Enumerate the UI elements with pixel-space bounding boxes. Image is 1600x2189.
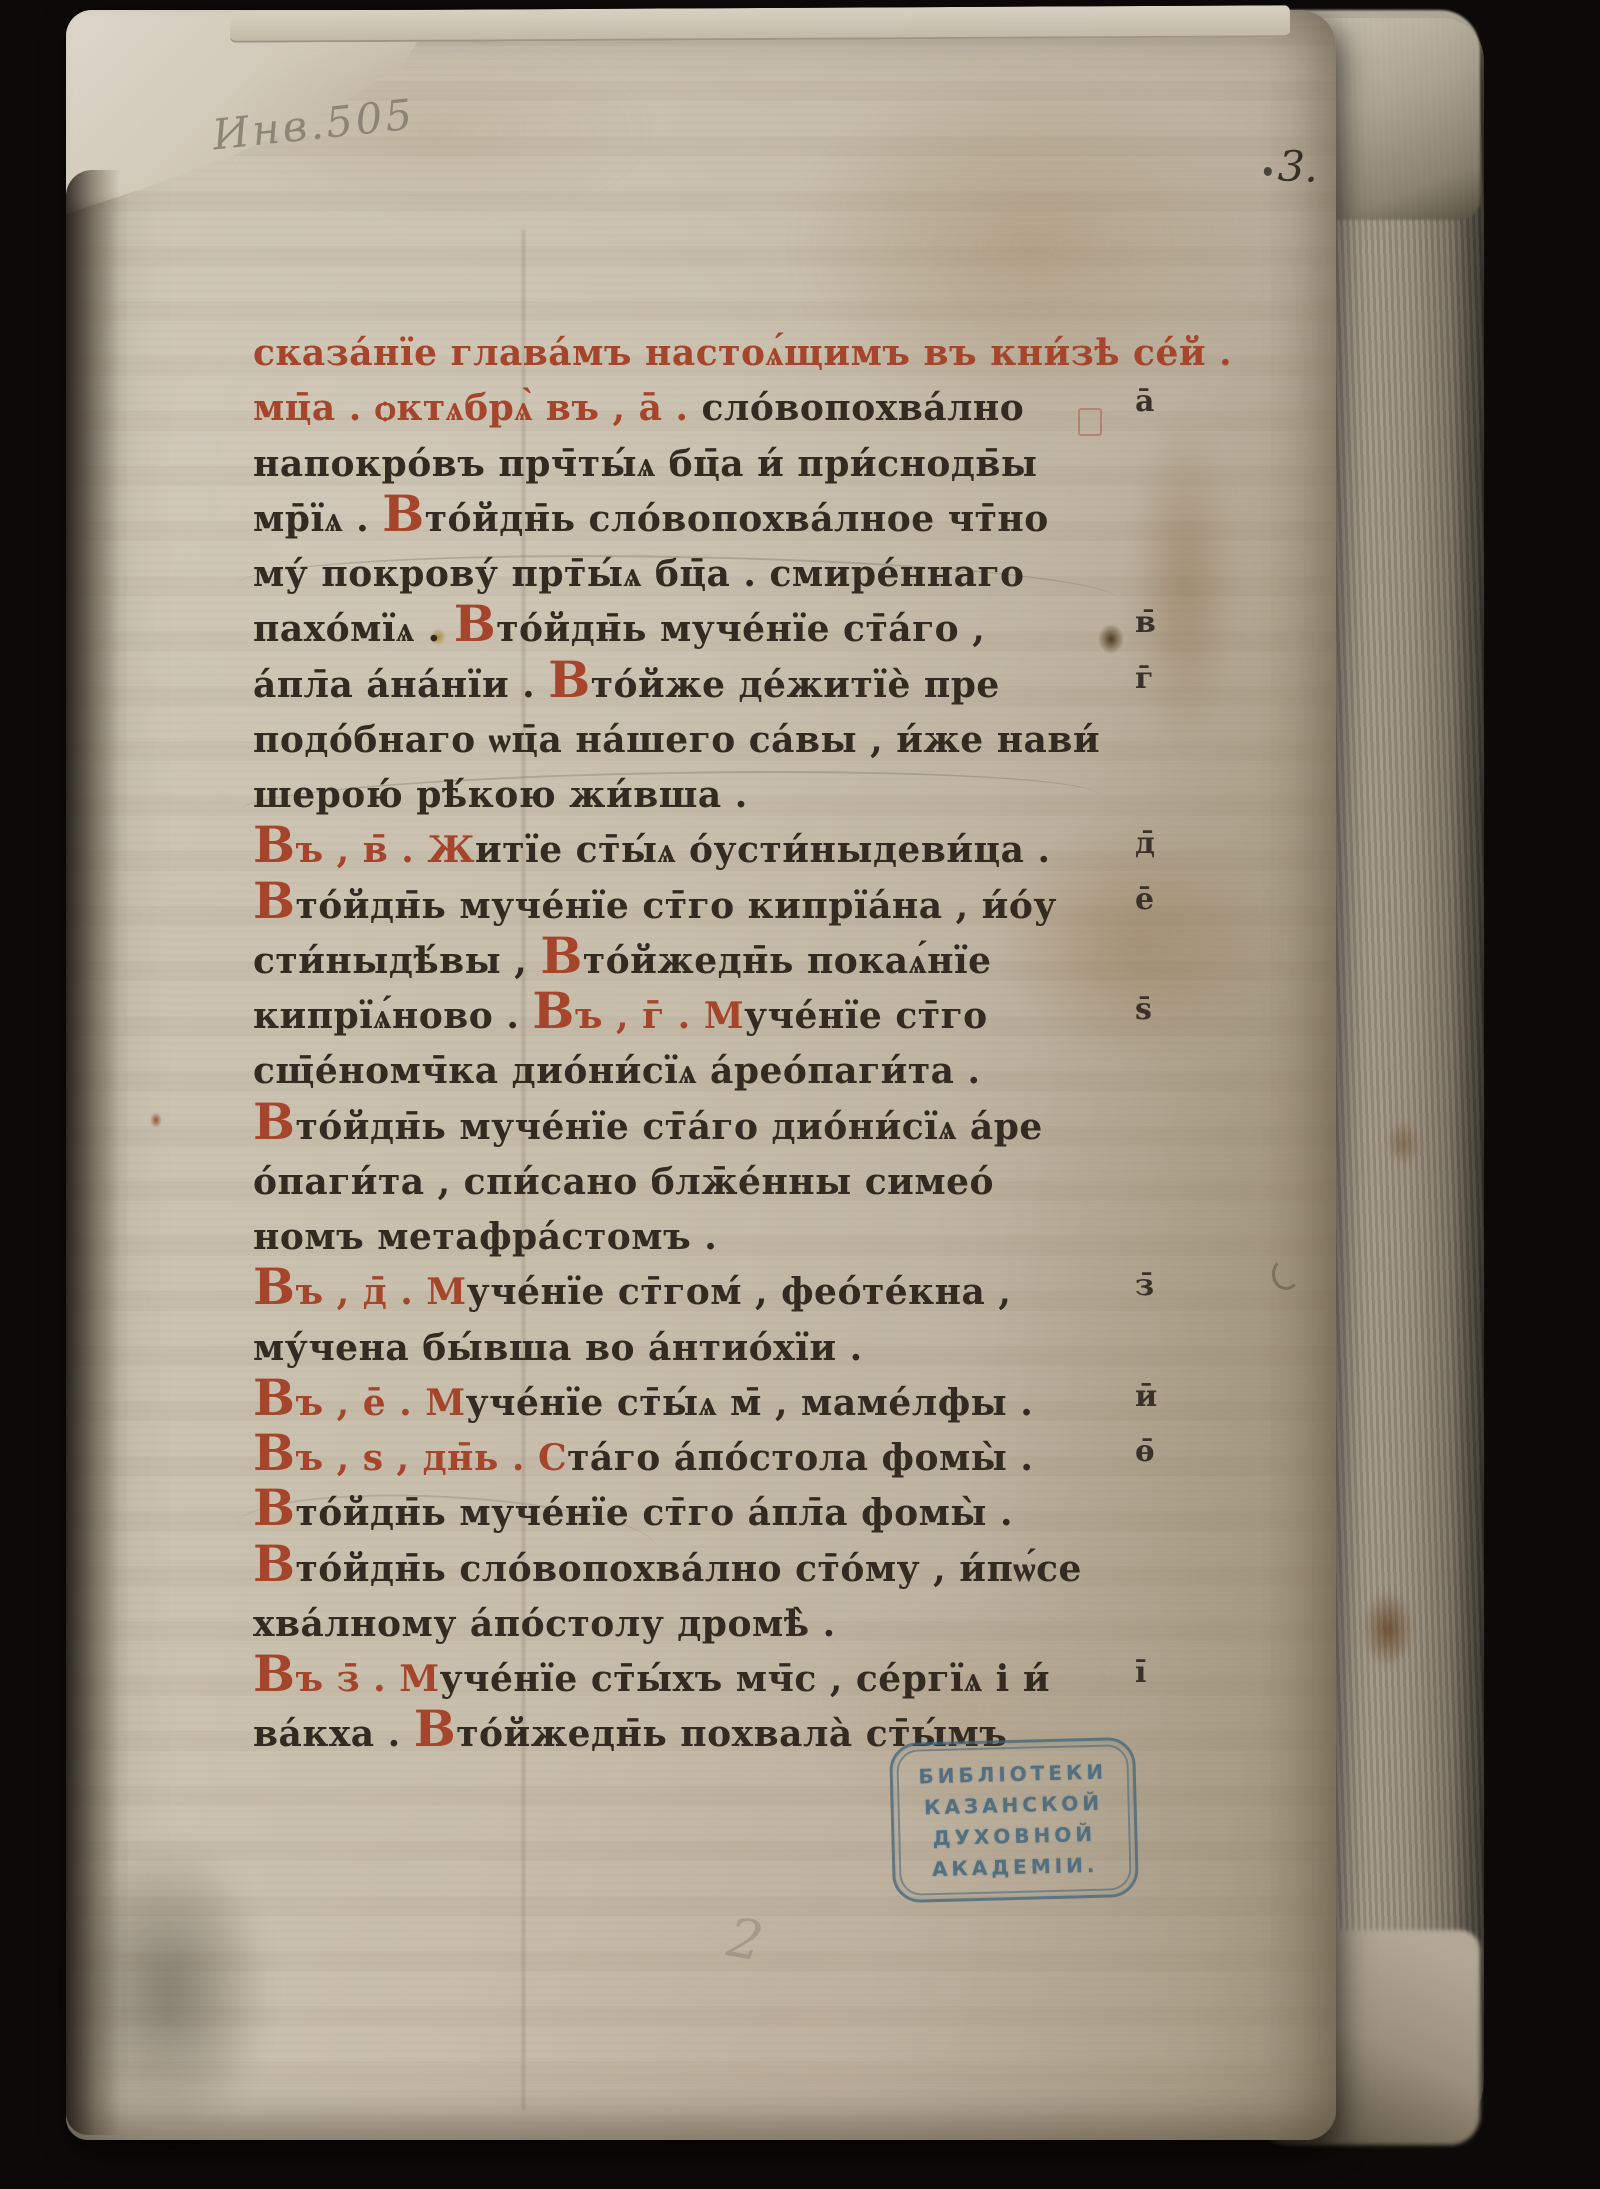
text-segment-black: шерою́ рѣ́кою жи́вша . [253,774,748,816]
manuscript-line: а́пл̄а а́на́нїи . Вто́йже де́житїѐ прег̄ [253,660,1193,710]
manuscript-photo: Инв.505 3. 2 сказа́нїе глава́мъ настоѧ́щ… [0,0,1600,2189]
manuscript-line: Въ , ѕ , дн̄ь . Ста́го а́по́стола фомы̀ … [253,1433,1193,1483]
text-segment-red: Въ , г̄ . М [532,995,744,1037]
text-segment-black: то́йдн̄ь сло́вопохва́лное чт̄но [425,498,1049,540]
initial-letter: В [253,1534,295,1593]
text-segment-red: мц̄а . ѻктѧбрѧ̀ въ , а̄ . [253,387,702,429]
manuscript-line: мр̄їѧ . Вто́йдн̄ь сло́вопохва́лное чт̄но [253,494,1193,544]
text-segment-black: му́чена бы́вша во а́нтио́хїи . [253,1327,863,1369]
manuscript-line: Вто́йдн̄ь муче́нїе ст̄а́го дио́ни́сїѧ а́… [253,1102,1193,1152]
text-block: сказа́нїе глава́мъ настоѧ́щимъ въ кни́зѣ… [0,0,1600,2189]
initial-letter: В [382,484,424,543]
manuscript-line: му́чена бы́вша во а́нтио́хїи . [253,1323,1193,1373]
stamp-line: БИБЛІОТЕКИ [918,1757,1107,1793]
stamp-line: АКАДЕМІИ. [932,1850,1099,1885]
stamp-line: ДУХОВНОЙ [932,1819,1096,1854]
text-segment-red: Въ , ѕ , дн̄ь . С [253,1437,567,1479]
text-segment-red: В [253,1548,295,1590]
text-segment-black: пахо́мїѧ . [253,608,454,650]
text-segment-black: мр̄їѧ . [253,498,382,540]
margin-numeral: і̄ [1135,1648,1147,1698]
initial-letter: В [253,1478,295,1537]
text-segment-red: В [382,498,424,540]
margin-numeral: д̄ [1135,819,1156,869]
text-segment-black: то́йдн̄ь муче́нїе ст̄а́го дио́ни́сїѧ а́р… [295,1106,1042,1148]
stamp-line: КАЗАНСКОЙ [924,1788,1104,1824]
manuscript-line: сказа́нїе глава́мъ настоѧ́щимъ въ кни́зѣ… [253,328,1193,378]
text-segment-red: В [454,608,496,650]
text-segment-black: итїе ст̄ы́ѧ о́усти́ныдеви́ца . [475,829,1051,871]
text-segment-black: уче́нїе ст̄ы́ѧ м̄ , маме́лфы . [466,1382,1034,1424]
text-segment-red: В [253,885,295,927]
text-segment-red: Въ , в̄ . Ж [253,829,475,871]
text-segment-red: Въ , д̄ . М [253,1271,467,1313]
margin-numeral: в̄ [1135,598,1156,648]
initial-letter: В [253,1368,295,1427]
manuscript-line: хва́лному а́по́столу дромѣ̀ . [253,1599,1193,1649]
manuscript-line: мц̄а . ѻктѧбрѧ̀ въ , а̄ . сло́вопохва́лн… [253,383,1193,433]
manuscript-line: напокро́въ прч̄ты́ѧ бц̄а и́ при́снодв̄ы [253,439,1193,489]
manuscript-line: шерою́ рѣ́кою жи́вша . [253,770,1193,820]
text-segment-red: Въ , е̄ . М [253,1382,466,1424]
text-segment-black: то́йдн̄ь муче́нїе ст̄а́го , [496,608,985,650]
text-segment-black: номъ метафра́стомъ . [253,1216,717,1258]
text-segment-red: В [540,940,582,982]
manuscript-line: Вто́йдн̄ь сло́вопохва́лно ст̄о́му , и́пѡ… [253,1544,1193,1594]
initial-letter: В [253,1644,295,1703]
initial-letter: В [540,926,582,985]
text-segment-black: то́йжедн̄ь покаѧ́нїе [583,940,992,982]
text-segment-black: сло́вопохва́лно [702,387,1025,429]
manuscript-line: сщ̄е́номч̄ка дио́ни́сїѧ а́рео́паги́та . [253,1046,1193,1096]
text-segment-black: ва́кха . [253,1713,414,1755]
manuscript-line: му́ покрову́ прт̄ы́ѧ бц̄а . смире́ннаго [253,549,1193,599]
text-segment-black: уче́нїе ст̄го [744,995,988,1037]
margin-numeral: ѕ̄ [1135,985,1152,1035]
text-segment-red: Въ з̄ . М [253,1658,440,1700]
text-segment-black: му́ покрову́ прт̄ы́ѧ бц̄а . смире́ннаго [253,553,1025,595]
manuscript-line: сти́ныдѣ́вы , Вто́йжедн̄ь покаѧ́нїе [253,936,1193,986]
text-segment-black: сти́ныдѣ́вы , [253,940,540,982]
text-segment-red: В [253,1492,295,1534]
text-segment-black: уче́нїе ст̄ы́хъ мч̄с , се́ргїѧ і и́ [440,1658,1051,1700]
margin-numeral: е̄ [1135,875,1155,925]
text-segment-black: сщ̄е́номч̄ка дио́ни́сїѧ а́рео́паги́та . [253,1050,981,1092]
text-segment-black: то́йдн̄ь муче́нїе ст̄го кипрїа́на , и́о́… [295,885,1056,927]
initial-letter: В [253,815,295,874]
manuscript-line: Въ , е̄ . Муче́нїе ст̄ы́ѧ м̄ , маме́лфы … [253,1378,1193,1428]
text-segment-black: та́го а́по́стола фомы̀ . [567,1437,1033,1479]
initial-letter: В [253,1257,295,1316]
manuscript-line: Вто́йдн̄ь муче́нїе ст̄го а́пл̄а фомы̀ . [253,1488,1193,1538]
manuscript-line: пахо́мїѧ . Вто́йдн̄ь муче́нїе ст̄а́го ,в… [253,604,1193,654]
library-stamp-inner: БИБЛІОТЕКИ КАЗАНСКОЙ ДУХОВНОЙ АКАДЕМІИ. [896,1744,1132,1896]
margin-numeral: а̄ [1135,377,1155,427]
text-segment-black: кипрїѧ́ново . [253,995,532,1037]
initial-letter: В [532,981,574,1040]
library-stamp: БИБЛІОТЕКИ КАЗАНСКОЙ ДУХОВНОЙ АКАДЕМІИ. [889,1737,1139,1903]
manuscript-line: номъ метафра́стомъ . [253,1212,1193,1262]
manuscript-line: Вто́йдн̄ь муче́нїе ст̄го кипрїа́на , и́о… [253,881,1193,931]
manuscript-line: о́паги́та , спи́сано блж̄е́нны симео́ [253,1157,1193,1207]
text-segment-black: то́йдн̄ь сло́вопохва́лно ст̄о́му , и́пѡ́… [295,1548,1081,1590]
text-segment-black: о́паги́та , спи́сано блж̄е́нны симео́ [253,1161,994,1203]
manuscript-line: кипрїѧ́ново . Въ , г̄ . Муче́нїе ст̄гоѕ̄ [253,991,1193,1041]
text-segment-black: уче́нїе ст̄гом́ , фео́те́кна , [467,1271,1012,1313]
manuscript-line: подо́бнаго ѡц̄а на́шего са́вы , и́же нав… [253,715,1193,765]
text-segment-black: подо́бнаго ѡц̄а на́шего са́вы , и́же нав… [253,719,1100,761]
initial-letter: В [253,871,295,930]
margin-numeral: ѳ̄ [1135,1427,1155,1477]
text-segment-black: то́йже де́житїѐ пре [591,664,1000,706]
initial-letter: В [414,1699,456,1758]
text-segment-red: В [548,664,590,706]
text-segment-black: напокро́въ прч̄ты́ѧ бц̄а и́ при́снодв̄ы [253,443,1037,485]
initial-letter: В [253,1092,295,1151]
manuscript-line: Въ з̄ . Муче́нїе ст̄ы́хъ мч̄с , се́ргїѧ … [253,1654,1193,1704]
text-segment-black: то́йдн̄ь муче́нїе ст̄го а́пл̄а фомы̀ . [295,1492,1013,1534]
manuscript-line: Въ , д̄ . Муче́нїе ст̄гом́ , фео́те́кна … [253,1267,1193,1317]
text-segment-red: В [414,1713,456,1755]
margin-numeral: ӣ [1135,1372,1158,1422]
margin-numeral: з̄ [1135,1261,1155,1311]
text-segment-black: а́пл̄а а́на́нїи . [253,664,548,706]
text-segment-red: сказа́нїе глава́мъ настоѧ́щимъ въ кни́зѣ… [253,332,1232,374]
margin-numeral: г̄ [1135,654,1154,704]
initial-letter: В [253,1423,295,1482]
initial-letter: В [548,650,590,709]
text-segment-black: хва́лному а́по́столу дромѣ̀ . [253,1603,836,1645]
text-segment-red: В [253,1106,295,1148]
manuscript-line: Въ , в̄ . Житїе ст̄ы́ѧ о́усти́ныдеви́ца … [253,825,1193,875]
initial-letter: В [454,594,496,653]
